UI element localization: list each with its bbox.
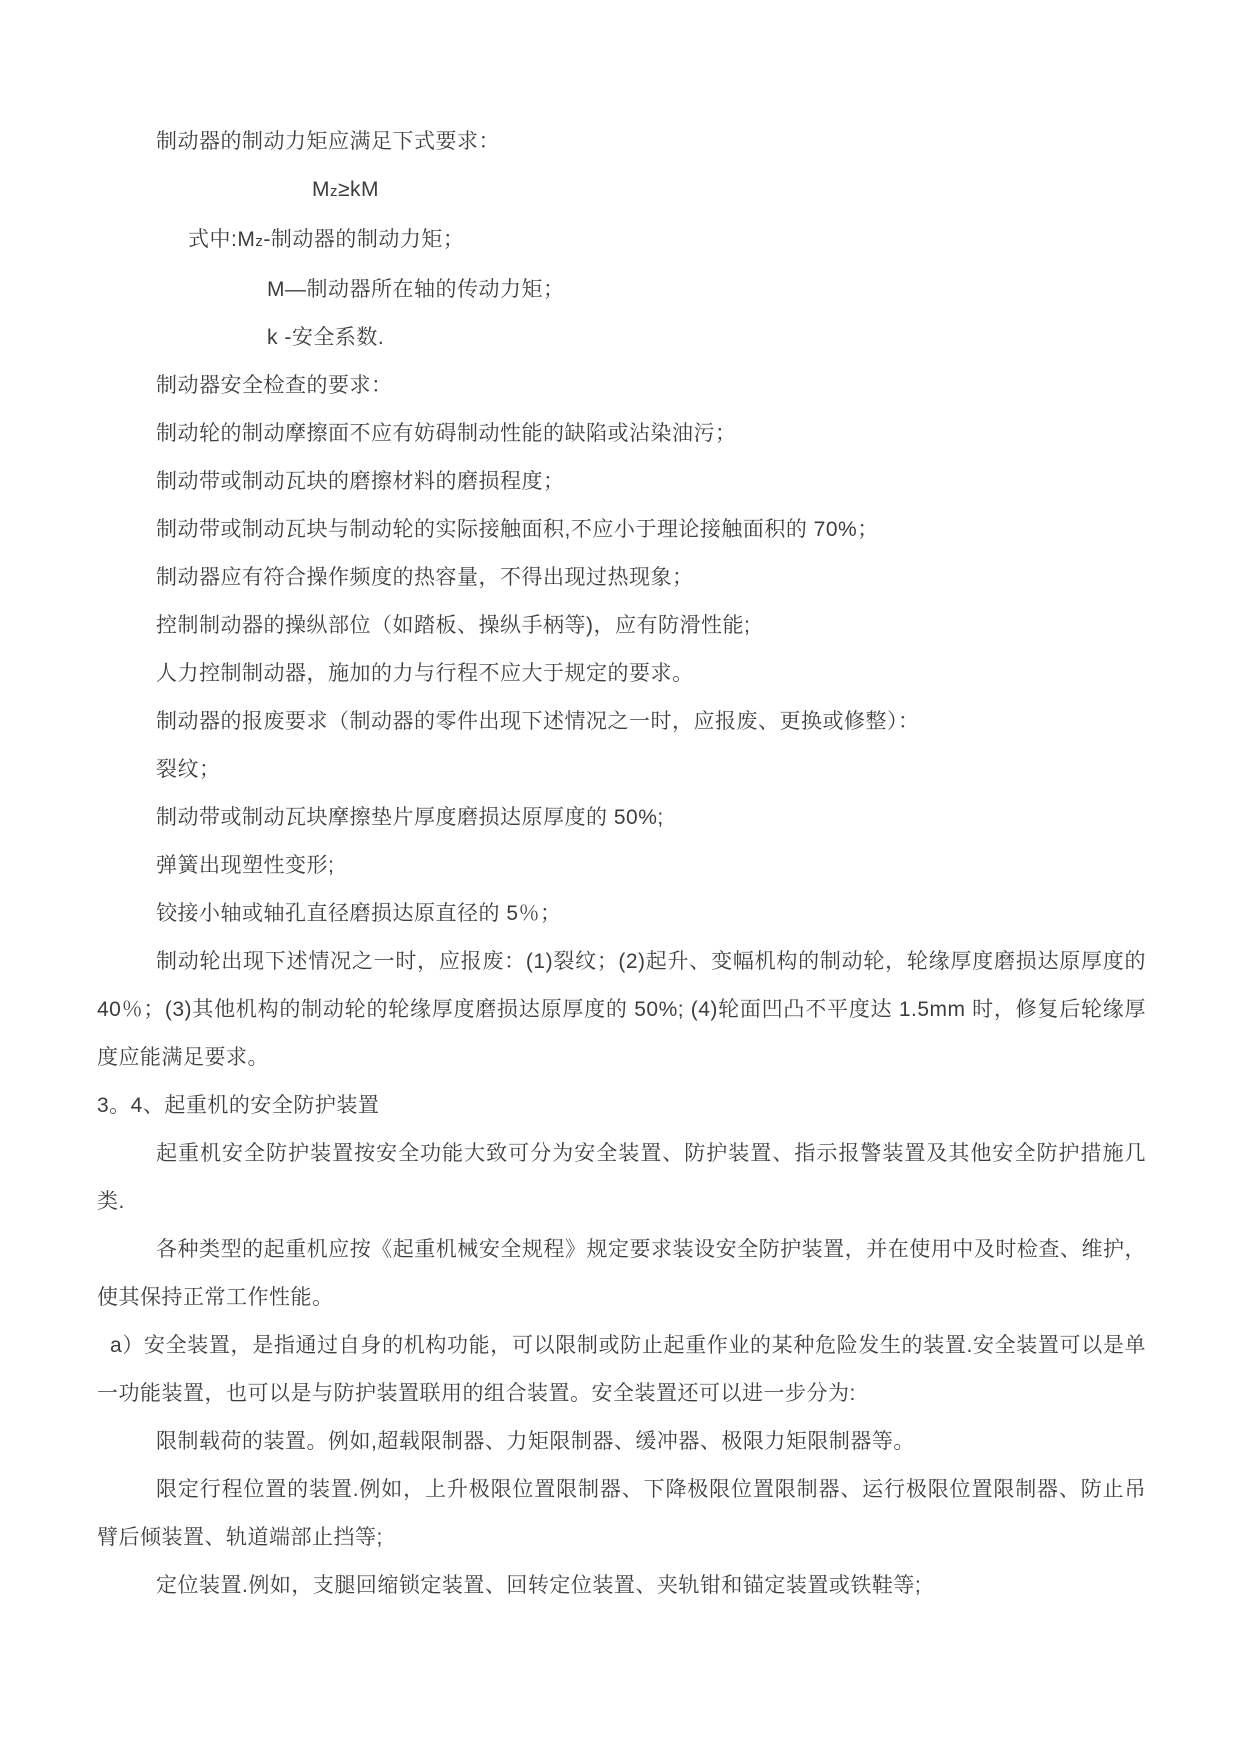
formula-segment: ≥kM [338,178,379,201]
formula-subscript: z [330,183,338,200]
paragraph-3: 式中:Mz-制动器的制动力矩； [97,216,1146,266]
paragraph-9: 制动带或制动瓦块与制动轮的实际接触面积,不应小于理论接触面积的 70%； [97,506,1146,554]
document-page: 制动器的制动力矩应满足下式要求：Mz≥kM式中:Mz-制动器的制动力矩；M—制动… [0,0,1241,1754]
formula-segment: M [312,178,330,201]
paragraph-6: 制动器安全检查的要求： [97,362,1146,410]
paragraph-23: 限制载荷的装置。例如,超载限制器、力矩限制器、缓冲器、极限力矩限制器等。 [97,1418,1146,1466]
formula-segment: 式中:M [188,228,255,251]
paragraph-18: 制动轮出现下述情况之一时，应报废：(1)裂纹；(2)起升、变幅机构的制动轮，轮缘… [97,938,1146,1082]
paragraph-16: 弹簧出现塑性变形; [97,842,1146,890]
paragraph-24: 限定行程位置的装置.例如，上升极限位置限制器、下降极限位置限制器、运行极限位置限… [97,1466,1146,1562]
paragraph-13: 制动器的报废要求（制动器的零件出现下述情况之一时，应报废、更换或修整）： [97,698,1146,746]
paragraph-1: 制动器的制动力矩应满足下式要求： [97,118,1146,166]
paragraph-17: 铰接小轴或轴孔直径磨损达原直径的 5％； [97,890,1146,938]
document-body: 制动器的制动力矩应满足下式要求：Mz≥kM式中:Mz-制动器的制动力矩；M—制动… [97,118,1146,1610]
paragraph-11: 控制制动器的操纵部位（如踏板、操纵手柄等)，应有防滑性能; [97,602,1146,650]
paragraph-19: 3。4、起重机的安全防护装置 [97,1082,1146,1130]
formula-segment: -制动器的制动力矩； [263,228,464,251]
paragraph-22: a）安全装置，是指通过自身的机构功能，可以限制或防止起重作业的某种危险发生的装置… [97,1322,1146,1418]
paragraph-20: 起重机安全防护装置按安全功能大致可分为安全装置、防护装置、指示报警装置及其他安全… [97,1130,1146,1226]
paragraph-14: 裂纹； [97,746,1146,794]
paragraph-8: 制动带或制动瓦块的磨擦材料的磨损程度； [97,458,1146,506]
paragraph-10: 制动器应有符合操作频度的热容量，不得出现过热现象； [97,554,1146,602]
paragraph-7: 制动轮的制动摩擦面不应有妨碍制动性能的缺陷或沾染油污； [97,410,1146,458]
paragraph-21: 各种类型的起重机应按《起重机械安全规程》规定要求装设安全防护装置，并在使用中及时… [97,1226,1146,1322]
paragraph-12: 人力控制制动器，施加的力与行程不应大于规定的要求。 [97,650,1146,698]
paragraph-4: M—制动器所在轴的传动力矩； [97,266,1146,314]
paragraph-5: k -安全系数. [97,314,1146,362]
paragraph-25: 定位装置.例如，支腿回缩锁定装置、回转定位装置、夹轨钳和锚定装置或铁鞋等; [97,1562,1146,1610]
paragraph-15: 制动带或制动瓦块摩擦垫片厚度磨损达原厚度的 50%; [97,794,1146,842]
paragraph-2: Mz≥kM [97,166,1146,216]
